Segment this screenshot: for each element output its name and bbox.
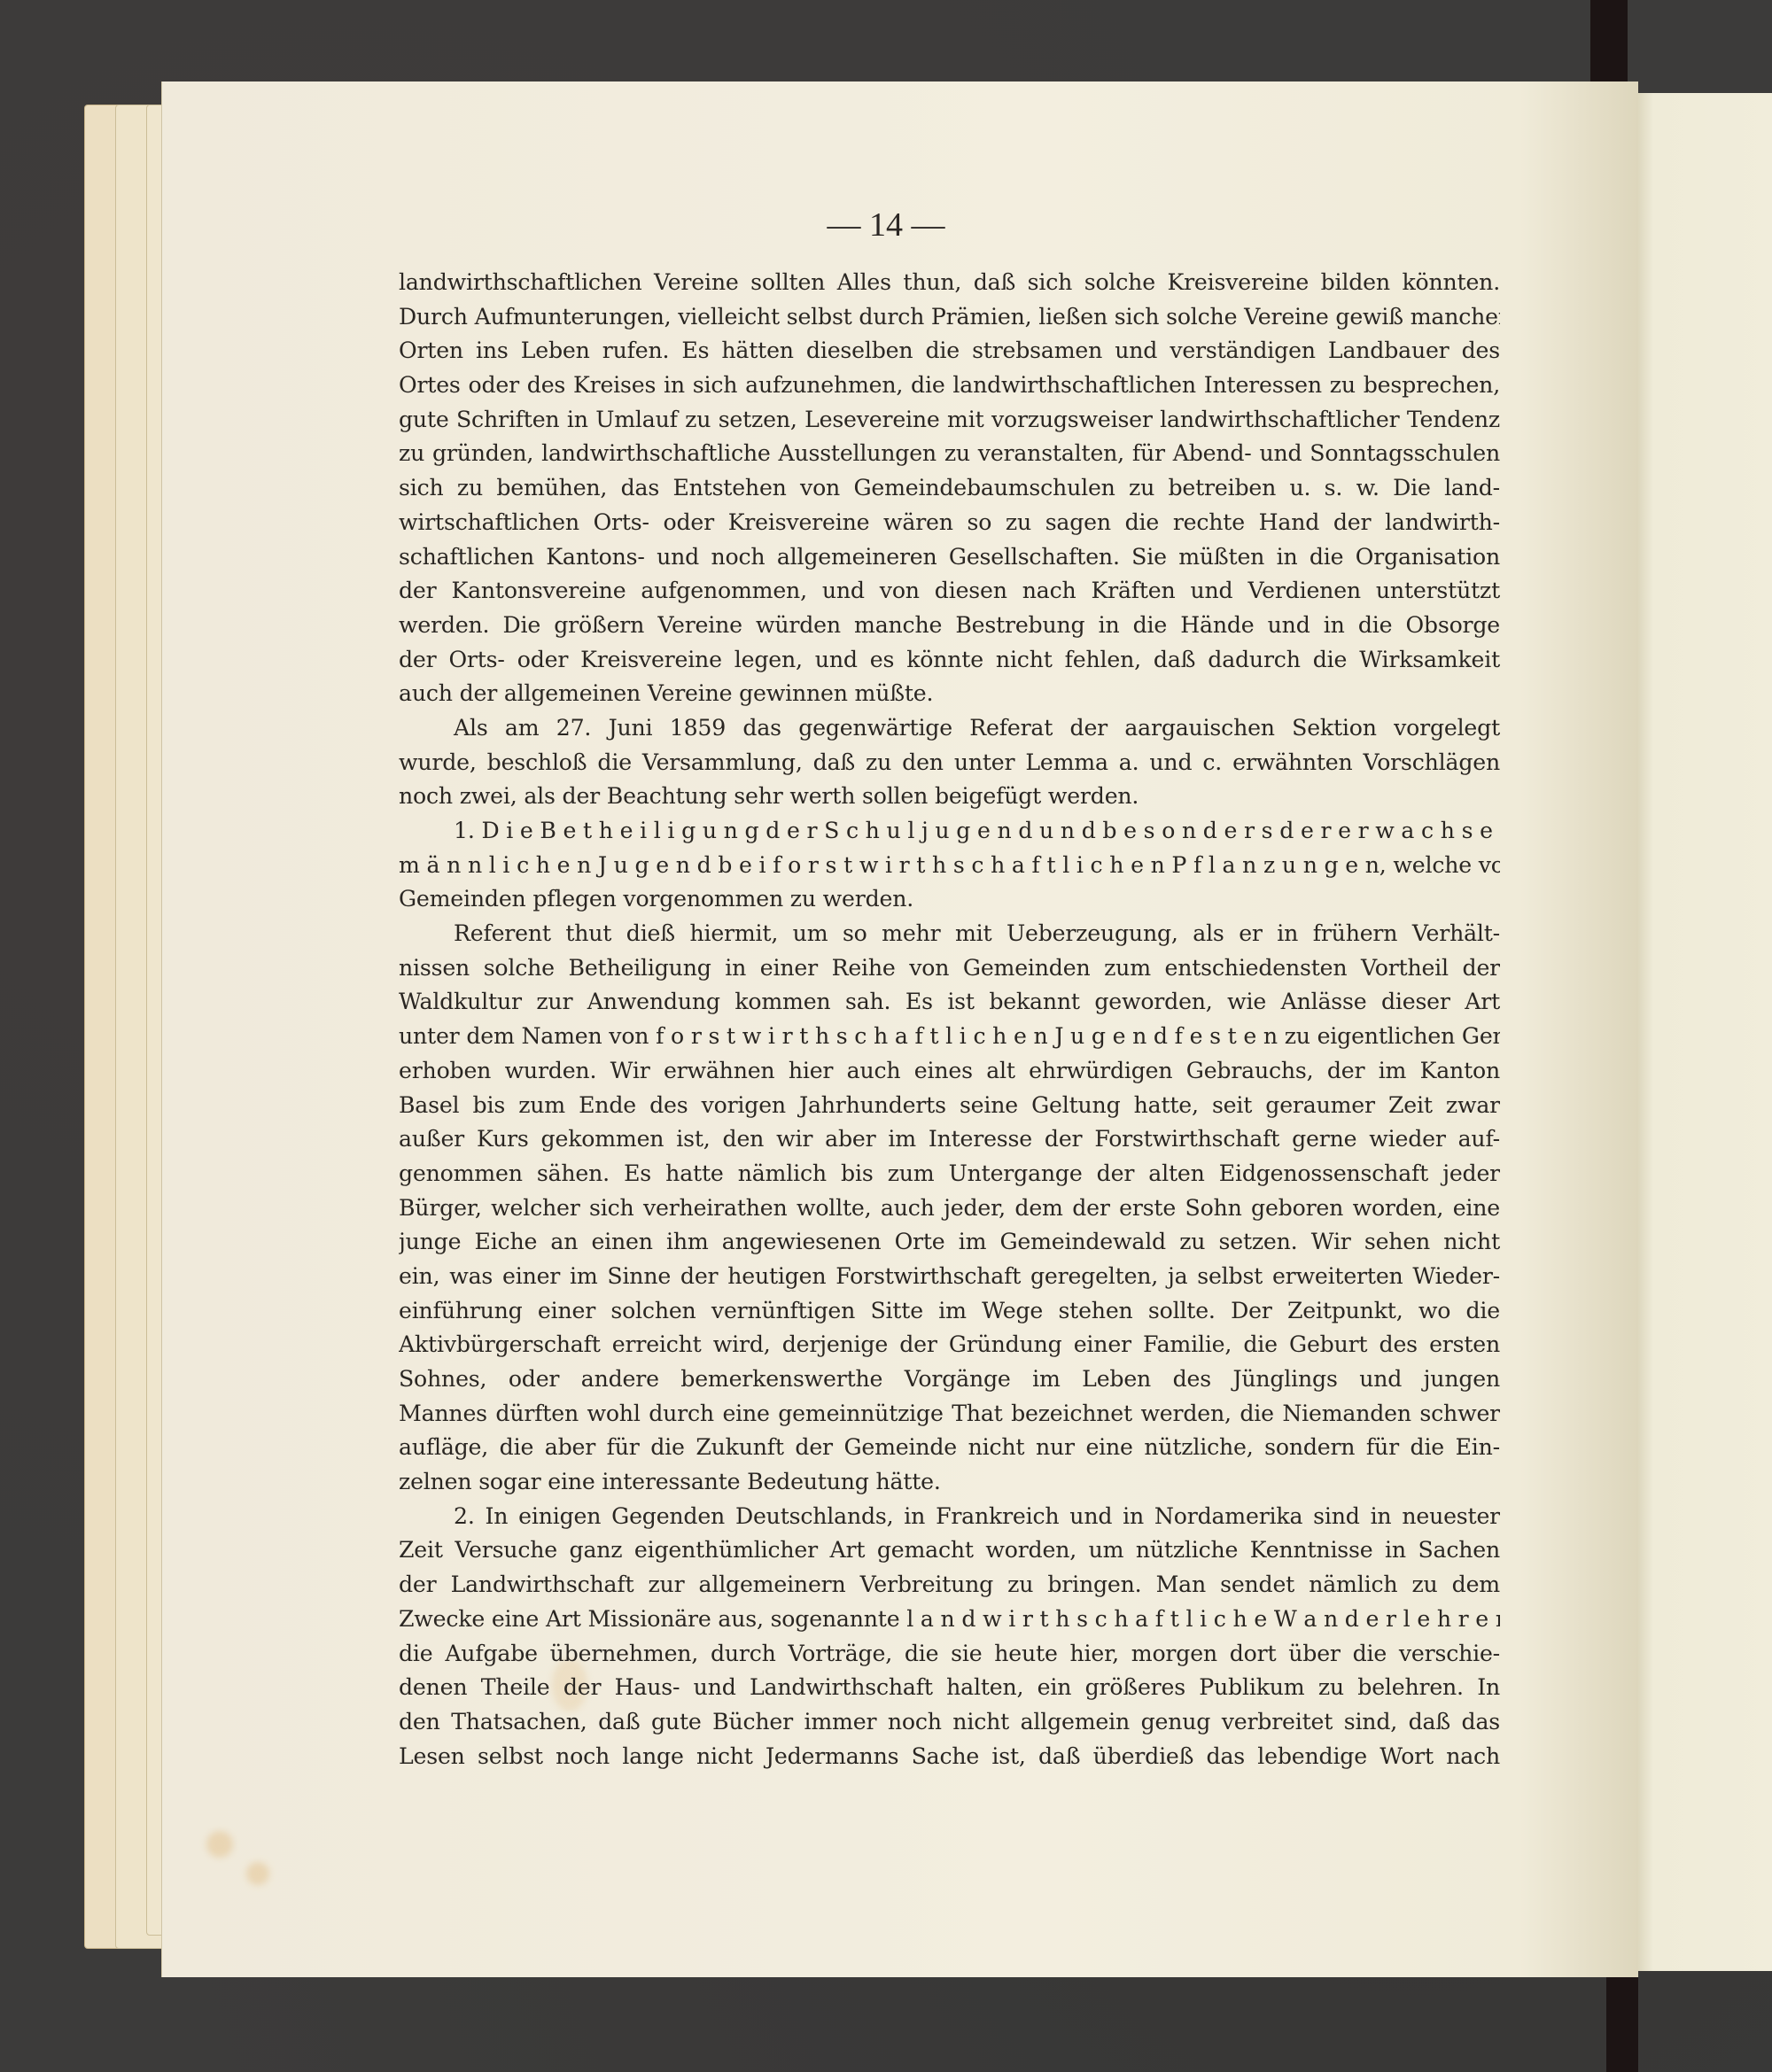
text-line: Sohnes, oder andere bemerkenswerthe Vorg… xyxy=(399,1362,1500,1397)
text-line: einführung einer solchen vernünftigen Si… xyxy=(399,1294,1500,1329)
text-line: Bürger, welcher sich verheirathen wollte… xyxy=(399,1191,1500,1226)
text-line: der Kantonsvereine aufgenommen, und von … xyxy=(399,574,1500,609)
foxing-stain xyxy=(246,1862,269,1885)
text-line: 1. D i e B e t h e i l i g u n g d e r S… xyxy=(399,814,1500,849)
text-line: werden. Die größern Vereine würden manch… xyxy=(399,609,1500,643)
text-line: erhoben wurden. Wir erwähnen hier auch e… xyxy=(399,1054,1500,1089)
text-line: Ortes oder des Kreises in sich aufzunehm… xyxy=(399,369,1500,403)
text-line: der Orts- oder Kreisvereine legen, und e… xyxy=(399,643,1500,678)
page-number: — 14 — xyxy=(0,206,1772,244)
text-line: unter dem Namen von f o r s t w i r t h … xyxy=(399,1020,1500,1054)
text-line: nissen solche Betheiligung in einer Reih… xyxy=(399,951,1500,986)
text-line: außer Kurs gekommen ist, den wir aber im… xyxy=(399,1122,1500,1157)
text-line: ein, was einer im Sinne der heutigen For… xyxy=(399,1260,1500,1294)
text-line: wurde, beschloß die Versammlung, daß zu … xyxy=(399,746,1500,780)
text-line: gute Schriften in Umlauf zu setzen, Lese… xyxy=(399,403,1500,438)
facing-page xyxy=(1637,93,1772,1971)
text-line: den Thatsachen, daß gute Bücher immer no… xyxy=(399,1705,1500,1740)
text-line: 2. In einigen Gegenden Deutschlands, in … xyxy=(399,1500,1500,1534)
text-line: landwirthschaftlichen Vereine sollten Al… xyxy=(399,266,1500,300)
text-line: Als am 27. Juni 1859 das gegenwärtige Re… xyxy=(399,711,1500,746)
text-line: wirtschaftlichen Orts- oder Kreisvereine… xyxy=(399,506,1500,540)
binding-strip-top xyxy=(1590,0,1628,87)
text-line: Orten ins Leben rufen. Es hätten dieselb… xyxy=(399,334,1500,369)
text-line: die Aufgabe übernehmen, durch Vorträge, … xyxy=(399,1637,1500,1672)
text-line: Zeit Versuche ganz eigenthümlicher Art g… xyxy=(399,1533,1500,1568)
text-line: schaftlichen Kantons- und noch allgemein… xyxy=(399,540,1500,575)
text-line: m ä n n l i c h e n J u g e n d b e i f … xyxy=(399,849,1500,883)
text-line: Waldkultur zur Anwendung kommen sah. Es … xyxy=(399,985,1500,1020)
text-line: Aktivbürgerschaft erreicht wird, derjeni… xyxy=(399,1328,1500,1362)
foxing-stain xyxy=(206,1831,233,1858)
text-line: Referent thut dieß hiermit, um so mehr m… xyxy=(399,917,1500,951)
text-line: Durch Aufmunterungen, vielleicht selbst … xyxy=(399,300,1500,335)
binding-strip-bottom xyxy=(1606,1977,1638,2072)
text-line: zelnen sogar eine interessante Bedeutung… xyxy=(399,1465,1500,1500)
text-line: noch zwei, als der Beachtung sehr werth … xyxy=(399,780,1500,814)
text-line: Basel bis zum Ende des vorigen Jahrhunde… xyxy=(399,1089,1500,1123)
page-body-text: landwirthschaftlichen Vereine sollten Al… xyxy=(399,266,1500,1773)
text-line: Zwecke eine Art Missionäre aus, sogenann… xyxy=(399,1603,1500,1637)
text-line: der Landwirthschaft zur allgemeinern Ver… xyxy=(399,1568,1500,1603)
text-line: sich zu bemühen, das Entstehen von Gemei… xyxy=(399,471,1500,506)
text-line: Mannes dürften wohl durch eine gemeinnüt… xyxy=(399,1397,1500,1432)
text-line: zu gründen, landwirthschaftliche Ausstel… xyxy=(399,437,1500,471)
text-line: auch der allgemeinen Vereine gewinnen mü… xyxy=(399,677,1500,711)
text-line: Gemeinden pflegen vorgenommen zu werden. xyxy=(399,882,1500,917)
text-line: genommen sähen. Es hatte nämlich bis zum… xyxy=(399,1157,1500,1191)
text-line: junge Eiche an einen ihm angewiesenen Or… xyxy=(399,1225,1500,1260)
text-line: denen Theile der Haus- und Landwirthscha… xyxy=(399,1671,1500,1705)
text-line: Lesen selbst noch lange nicht Jedermanns… xyxy=(399,1740,1500,1774)
text-line: aufläge, die aber für die Zukunft der Ge… xyxy=(399,1431,1500,1465)
